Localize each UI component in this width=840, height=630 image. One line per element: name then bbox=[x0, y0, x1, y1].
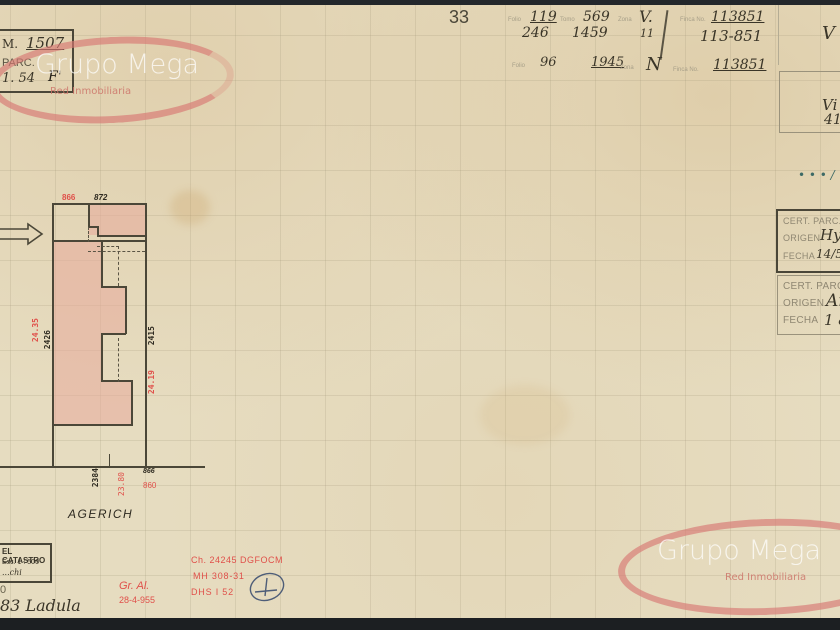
annotation-1-line1: Gr. Al. bbox=[119, 580, 149, 592]
building-line bbox=[101, 333, 126, 335]
right-stamp-3-line2: ORIGEN bbox=[783, 298, 824, 309]
right-stamp-2: CERT. PARC. ORIGEN Hy FECHA 14/5 bbox=[776, 209, 840, 273]
dashed-line bbox=[88, 251, 145, 252]
right-stamp-3: CERT. PARC. ORIGEN Ar FECHA 1 8 bbox=[777, 275, 840, 335]
finca-value: 113851 bbox=[711, 9, 764, 25]
dashed-line bbox=[97, 246, 119, 247]
cadastre-stamp: EL CATASTRO Esc. 1 : 500 ...chi bbox=[0, 543, 52, 583]
front-mid-red: 23.80 bbox=[117, 472, 126, 496]
street-name: AGERICH bbox=[68, 507, 133, 521]
annotation-2-line2: MH 308-31 bbox=[193, 571, 245, 581]
zona-value-3: N bbox=[646, 54, 662, 75]
zona-label: Zona bbox=[618, 17, 632, 23]
folio-label: Folio bbox=[508, 17, 521, 23]
building-line bbox=[88, 203, 90, 226]
top-width-red: 866 bbox=[62, 193, 75, 202]
right-stamp-1: Vi 41 bbox=[779, 71, 840, 133]
top-width-black: 872 bbox=[94, 193, 107, 202]
lot-boundary-top bbox=[52, 203, 146, 205]
folio-value-2: 246 bbox=[522, 25, 549, 41]
street-line bbox=[0, 466, 205, 468]
building-line bbox=[131, 380, 133, 426]
watermark-subtitle: Red Inmobiliaria bbox=[725, 572, 806, 583]
zona-label-3: Zona bbox=[620, 65, 634, 71]
building-line bbox=[101, 333, 103, 381]
building-line bbox=[125, 286, 127, 334]
cadastre-stamp-line3: ...chi bbox=[2, 568, 22, 577]
stamp-label-m: M. bbox=[2, 37, 18, 51]
signature: 83 Ladula bbox=[0, 596, 81, 615]
right-stamp-2-line3: FECHA bbox=[783, 251, 815, 261]
building-fill-main bbox=[53, 241, 101, 425]
folio-label-3: Folio bbox=[512, 63, 525, 69]
tomo-value: 569 bbox=[583, 9, 610, 25]
paper-stain bbox=[480, 385, 570, 445]
cadastre-stamp-line2: Esc. 1 : 500 bbox=[2, 559, 39, 566]
building-line bbox=[101, 241, 103, 287]
right-stamp-2-hand1: Hy bbox=[820, 226, 840, 244]
tomo-label: Tomo bbox=[560, 17, 575, 23]
building-line-top bbox=[52, 240, 146, 242]
building-line bbox=[101, 286, 126, 288]
right-stamp-2-hand2: 14/5 bbox=[816, 247, 840, 261]
watermark-subtitle: Red Inmobiliaria bbox=[50, 86, 131, 97]
building-fill-wing1 bbox=[101, 286, 126, 334]
zona-value: V. bbox=[639, 7, 653, 26]
tomo-value-2: 1459 bbox=[572, 25, 608, 41]
right-depth-red: 24.19 bbox=[147, 370, 156, 394]
initials-mark-icon bbox=[247, 570, 287, 604]
front-left-black: 2384 bbox=[91, 468, 100, 487]
folio-value: 119 bbox=[530, 9, 557, 25]
watermark-title: Grupo Mega bbox=[35, 49, 199, 80]
right-stamp-2-line1: CERT. PARC. bbox=[783, 216, 840, 226]
margin-note-top: V bbox=[822, 23, 835, 44]
lot-tick bbox=[109, 454, 110, 468]
dashed-line bbox=[118, 246, 119, 286]
document-sheet: 33 Folio 119 Tomo 569 Zona V. Finca No. … bbox=[0, 5, 840, 618]
bottom-border bbox=[0, 618, 840, 630]
page-number: 33 bbox=[449, 7, 469, 28]
finca-value-2: 113-851 bbox=[700, 27, 762, 45]
building-line bbox=[101, 380, 133, 382]
finca-label: Finca No. bbox=[680, 17, 706, 23]
building-fill-wing2 bbox=[101, 380, 132, 425]
right-stamp-1-hand2: 41 bbox=[824, 112, 840, 128]
annotation-2-line3: DHS I 52 bbox=[191, 587, 234, 597]
building-line bbox=[97, 235, 146, 237]
paper-stain bbox=[170, 190, 210, 225]
folio-value-3: 96 bbox=[540, 55, 557, 70]
margin-line bbox=[778, 5, 779, 65]
building-line-bottom bbox=[52, 424, 133, 426]
dashed-line bbox=[118, 338, 119, 382]
right-depth-black: 2415 bbox=[147, 326, 156, 345]
watermark-title: Grupo Mega bbox=[657, 535, 821, 566]
right-stamp-2-line2: ORIGEN bbox=[783, 233, 820, 243]
right-stamp-3-hand2: 1 8 bbox=[824, 311, 840, 329]
bottom-number: 0 bbox=[0, 584, 6, 596]
finca-label-3: Finca No. bbox=[673, 67, 699, 73]
left-depth-black: 2426 bbox=[43, 330, 52, 349]
front-red: 860 bbox=[143, 481, 156, 490]
dashed-line bbox=[88, 227, 89, 242]
margin-note-mid: • • • / bbox=[798, 168, 835, 182]
annotation-1-line2: 28-4-955 bbox=[119, 595, 155, 605]
finca-value-3: 113851 bbox=[713, 57, 766, 73]
zona-value-2: 11 bbox=[640, 27, 654, 40]
front-black: 866 bbox=[143, 468, 155, 475]
north-arrow-icon bbox=[0, 221, 46, 247]
right-stamp-3-hand1: Ar bbox=[826, 291, 840, 311]
right-stamp-3-line3: FECHA bbox=[783, 315, 818, 326]
lot-boundary-left bbox=[52, 203, 54, 467]
annotation-2-line1: Ch. 24245 DGFOCM bbox=[191, 555, 283, 565]
left-depth-red: 24.35 bbox=[31, 318, 40, 342]
